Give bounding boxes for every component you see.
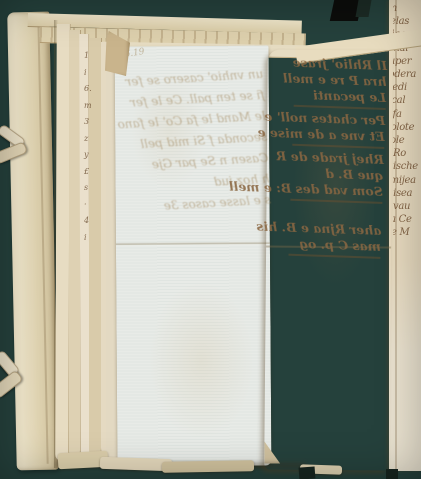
torn-bottom-edge <box>162 460 254 473</box>
edge-ink-mark: s <box>84 180 104 197</box>
index-text-line: h Ro <box>393 147 421 160</box>
edge-ink-mark: £ <box>84 164 104 181</box>
index-text-line: bole <box>393 134 421 147</box>
edge-ink-mark: i <box>84 65 104 82</box>
cover-fold-line <box>37 16 48 464</box>
edge-ink-mark: z <box>84 131 104 148</box>
edge-ink-mark: 6. <box>84 81 104 98</box>
horizontal-crease <box>116 241 270 245</box>
bottom-dark-gap <box>386 469 398 479</box>
bleedthrough-line: Le pecanti <box>294 87 387 110</box>
edge-ink-mark: m <box>84 98 104 115</box>
index-text-line: luische <box>393 160 421 173</box>
binding-gap-dark-thin <box>356 0 372 17</box>
dogear-corner <box>264 441 280 463</box>
manuscript-photo: JmdelasCiaggZinalsuperroderawedir cala f… <box>0 0 421 479</box>
bottom-dark-gap <box>299 466 316 479</box>
index-text-line: t olote <box>393 121 421 134</box>
index-text-line: r cal <box>393 94 421 107</box>
edge-ink-mark: y <box>84 147 104 164</box>
bleedthrough-line: Et vne a de mise e <box>292 126 385 149</box>
index-text-line: amijea <box>393 174 421 187</box>
index-text-line: ba Ce <box>393 213 421 226</box>
bleedthrough-line: Som vad des B: e mell <box>290 181 383 204</box>
right-index-leaf: JmdelasCiaggZinalsuperroderawedir cala f… <box>389 0 421 471</box>
index-text-line: wedi <box>393 81 421 94</box>
edge-ink-mark: 4 <box>84 213 104 230</box>
edge-ink-mark: 1 <box>84 48 104 65</box>
bleedthrough-line: aher Rjna e B. his <box>269 219 381 239</box>
edge-ink-mark: · <box>84 197 104 214</box>
index-text-line: delas <box>393 15 421 28</box>
edge-ink-marks: 1i6.m3zy£s·4i <box>84 48 104 246</box>
index-text-line: Be M <box>393 226 421 239</box>
overlay-leaf: Il Rhlio' jrasehra P re e mellLe pecanti… <box>264 49 393 470</box>
vellum-cover-spine <box>7 12 59 471</box>
index-text-line: rodera <box>393 68 421 81</box>
edge-ink-mark: 3 <box>84 114 104 131</box>
index-text-line: super <box>393 55 421 68</box>
index-text-line: h vau <box>393 200 421 213</box>
index-text-line: Jm <box>393 2 421 15</box>
bleedthrough-text-faint: un vnhio' casero se ferfi se ten pall. C… <box>117 64 272 222</box>
index-text-line: misea <box>393 187 421 200</box>
edge-ink-mark: i <box>84 230 104 247</box>
bleedthrough-text-strong: Il Rhlio' jrasehra P re e mellLe pecanti… <box>268 54 387 262</box>
index-text-line: a fa <box>393 108 421 121</box>
main-leaf: 6.19 un vnhio' casero se ferfi se ten pa… <box>115 45 272 466</box>
bleedthrough-line: hra P re e mell <box>274 70 386 90</box>
